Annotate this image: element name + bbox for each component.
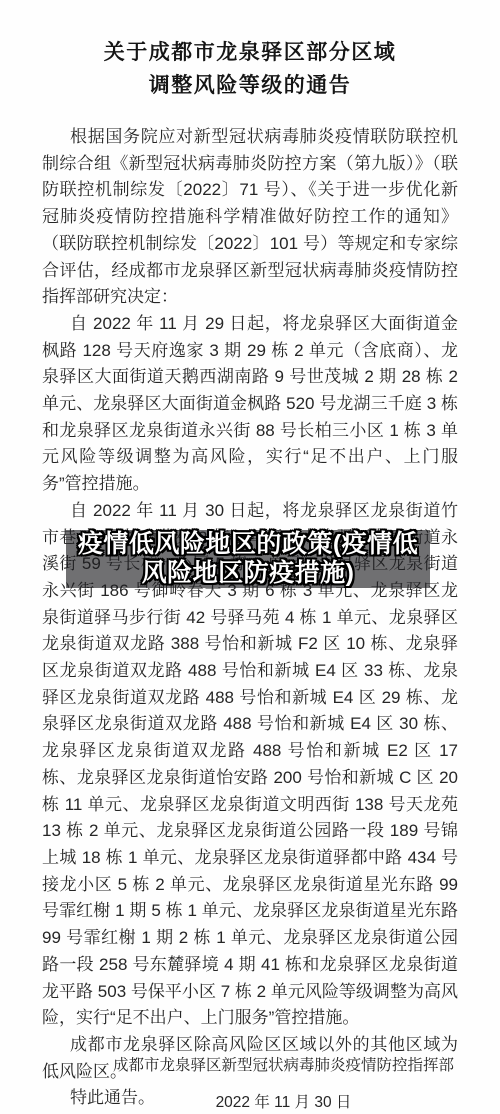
caption-overlay-text: 疫情低风险地区的政策(疫情低风险地区防疫措施) (66, 530, 430, 588)
issue-date: 2022 年 11 月 30 日 (113, 1090, 454, 1112)
notice-title-line1: 关于成都市龙泉驿区部分区域 (0, 36, 500, 69)
notice-title: 关于成都市龙泉驿区部分区域 调整风险等级的通告 (0, 0, 500, 102)
notice-body: 根据国务院应对新型冠状病毒肺炎疫情联防联控机制综合组《新型冠状病毒肺炎防控方案（… (42, 124, 458, 1112)
notice-title-line2: 调整风险等级的通告 (0, 69, 500, 102)
paragraph-basis: 根据国务院应对新型冠状病毒肺炎疫情联防联控机制综合组《新型冠状病毒肺炎防控方案（… (42, 124, 458, 311)
paragraph-nov29-adjustment: 自 2022 年 11 月 29 日起，将龙泉驿区大面街道金枫路 128 号天府… (42, 311, 458, 498)
caption-overlay: 疫情低风险地区的政策(疫情低风险地区防疫措施) (66, 530, 430, 588)
signature-block: 成都市龙泉驿区新型冠状病毒肺炎疫情防控指挥部 2022 年 11 月 30 日 (113, 1053, 454, 1112)
issuing-authority: 成都市龙泉驿区新型冠状病毒肺炎疫情防控指挥部 (113, 1053, 454, 1075)
document-page: 关于成都市龙泉驿区部分区域 调整风险等级的通告 根据国务院应对新型冠状病毒肺炎疫… (0, 0, 500, 1114)
